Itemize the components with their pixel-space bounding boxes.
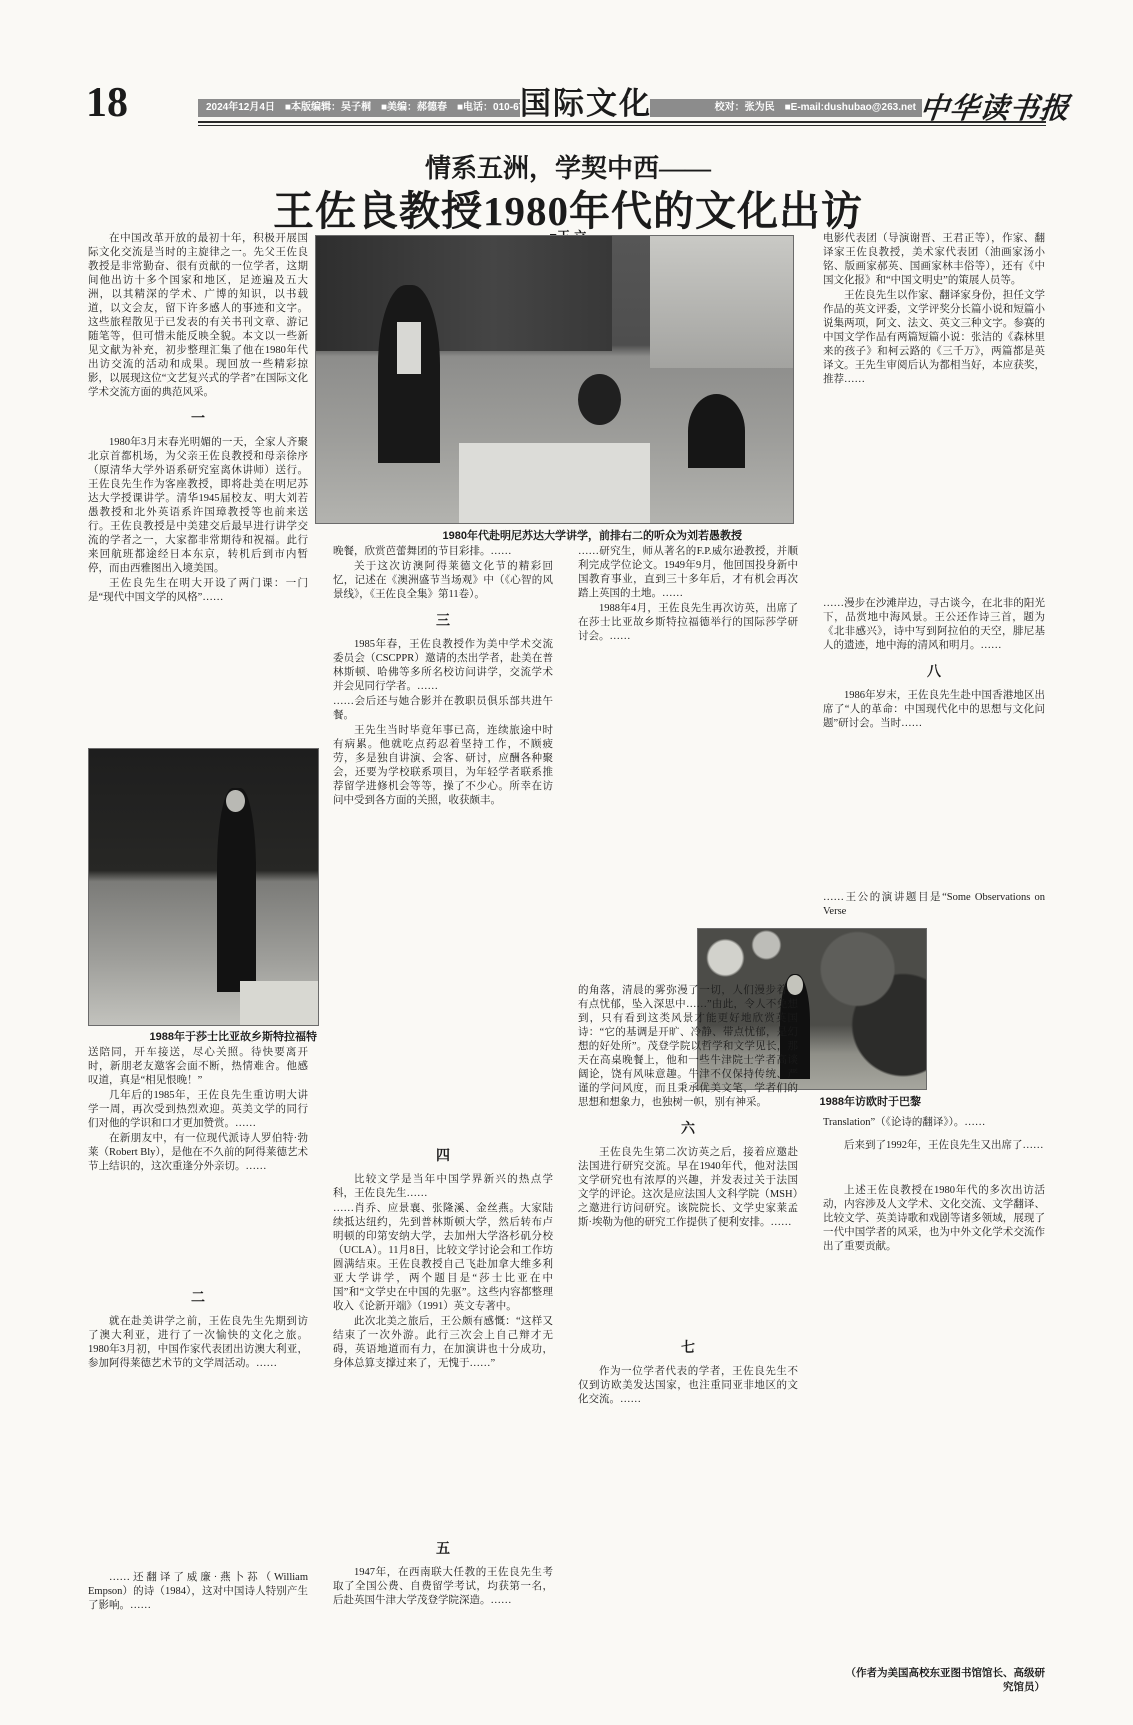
section-marker-1: 一 [88,411,308,425]
contact-info-bar: 校对：张为民 ■E-mail:dushubao@263.net [650,99,922,117]
paragraph: 比较文学是当年中国学界新兴的热点学科，王佐良先生…… [333,1173,553,1201]
paragraph: 关于这次访澳阿得莱德文化节的精彩回忆，记述在《澳洲盛节当场观》中（《心智的风景线… [333,560,553,602]
column-3: ……研究生，师从著名的F.P.威尔逊教授，并顺利完成学位论文。1949年9月，他… [578,545,798,1695]
student-silhouette [578,374,621,426]
paragraph: ……还翻译了威廉·燕卜荪（William Empson）的诗（1984），这对中… [88,1571,308,1613]
paragraph: 王佐良先生第二次访英之后，接着应邀赴法国进行研究交流。早在1940年代，他对法国… [578,1146,798,1230]
section-marker-3: 三 [333,613,553,627]
paragraph: 1980年3月末春光明媚的一天，全家人齐聚北京首都机场，为父亲王佐良教授和母亲徐… [88,436,308,576]
header-rule-thin [198,125,1046,126]
paragraph: 送陪同，开车接送，尽心关照。待快要离开时，新朋老友邀客会面不断，热情难舍。他感叹… [88,1046,308,1088]
section-marker-6: 六 [578,1121,798,1135]
paragraph: 1985年春，王佐良教授作为美中学术交流委员会（CSCPPR）邀请的杰出学者，赴… [333,638,553,694]
paragraph: 后来到了1992年，王佐良先生又出席了…… [823,1139,1045,1153]
paragraph: 在中国改革开放的最初十年，积极开展国际文化交流是当时的主旋律之一。先父王佐良教授… [88,232,308,400]
column-2: 晚餐，欣赏芭蕾舞团的节目彩排。…… 关于这次访澳阿得莱德文化节的精彩回忆，记述在… [333,545,553,1695]
student-silhouette [688,394,745,469]
paragraph: 王佐良先生在明大开设了两门课：一门是“现代中国文学的风格”…… [88,577,308,605]
paragraph: 1988年4月，王佐良先生再次访英，出席了在莎士比亚故乡斯特拉福德举行的国际莎学… [578,602,798,644]
paragraph: 作为一位学者代表的学者，王佐良先生不仅到访欧美发达国家，也注重同亚非地区的文化交… [578,1365,798,1407]
lecturer-shirt-shape [397,322,421,374]
edition-info-bar: 2024年12月4日 ■本版编辑：吴子桐 ■美编：郝德春 ■电话：010-670… [198,99,526,117]
column-1-lower: 送陪同，开车接送，尽心关照。待快要离开时，新朋老友邀客会面不断，热情难舍。他感叹… [88,1046,308,1696]
paragraph: 1947年，在西南联大任教的王佐良先生考取了全国公费、自费留学考试，均获第一名，… [333,1566,553,1608]
photo-stratford [88,748,319,1026]
riverbank-shape [240,981,318,1025]
paragraph: ……王公的演讲题目是“Some Observations on Verse [823,891,1045,919]
man-silhouette [217,788,256,992]
column-4-upper: 电影代表团（导演谢晋、王君正等），作家、翻译家王佐良教授，美术家代表团（油画家汤… [823,232,1045,926]
column-1-upper: 在中国改革开放的最初十年，积极开展国际文化交流是当时的主旋律之一。先父王佐良教授… [88,232,308,744]
paragraph: Translation”（《论诗的翻译》）。…… [823,1116,1045,1130]
paragraph: 晚餐，欣赏芭蕾舞团的节目彩排。…… [333,545,553,559]
author-affiliation-note: （作者为美国高校东亚图书馆馆长、高级研究馆员） [823,1667,1045,1695]
photo-caption-stratford: 1988年于莎士比亚故乡斯特拉福特 [88,1028,317,1044]
paragraph: 王佐良先生以作家、翻译家身份，担任文学作品的英文评委，文学评奖分长篇小说和短篇小… [823,289,1045,387]
paragraph: 就在赴美讲学之前，王佐良先生先期到访了澳大利亚，进行了一次愉快的文化之旅。198… [88,1315,308,1371]
photo-minnesota-lecture [315,235,794,524]
man-face-shape [226,790,244,812]
photo-caption-minnesota: 1980年代赴明尼苏达大学讲学，前排右二的听众为刘若愚教授 [315,527,792,543]
paragraph: 上述王佐良教授在1980年代的多次出访活动，内容涉及人文学术、文化交流、文学翻译… [823,1184,1045,1254]
section-marker-8: 八 [823,664,1045,678]
paragraph: 此次北美之旅后，王公颇有感慨：“这样又结束了一次外游。此行三次会上自己辩才无碍，… [333,1315,553,1371]
page-number: 18 [86,82,128,124]
paragraph: 的角落，清晨的雾弥漫了一切，人们漫步着，有点忧郁，坠入深思中……”由此，令人不免… [578,984,798,1110]
paragraph: 几年后的1985年，王佐良先生重访明大讲学一周，再次受到热烈欢迎。英美文学的同行… [88,1089,308,1131]
blackboard-shape [316,236,612,351]
newspaper-page: 18 2024年12月4日 ■本版编辑：吴子桐 ■美编：郝德春 ■电话：010-… [0,0,1133,1725]
paragraph: ……研究生，师从著名的F.P.威尔逊教授，并顺利完成学位论文。1949年9月，他… [578,545,798,601]
section-marker-7: 七 [578,1340,798,1354]
header-rule-thick [198,121,1046,123]
section-marker-4: 四 [333,1148,553,1162]
paragraph: ……肖乔、应景襄、张隆溪、金丝燕。大家陆续抵达纽约，先到普林斯顿大学，然后转布卢… [333,1202,553,1314]
lecturer-silhouette [378,285,440,463]
paragraph: 王先生当时毕竟年事已高，连续旅途中时有病累。他就吃点药忍着坚持工作，不顾疲劳，多… [333,724,553,808]
column-4-lower: Translation”（《论诗的翻译》）。…… 后来到了1992年，王佐良先生… [823,1116,1045,1696]
paragraph: 1986年岁末，王佐良先生赴中国香港地区出席了“人的革命：中国现代化中的思想与文… [823,689,1045,731]
section-marker-2: 二 [88,1290,308,1304]
paragraph: 电影代表团（导演谢晋、王君正等），作家、翻译家王佐良教授，美术家代表团（油画家汤… [823,232,1045,288]
window-shape [650,236,793,368]
section-marker-5: 五 [333,1541,553,1555]
section-title: 国际文化 [520,84,652,124]
paragraph: ……漫步在沙滩岸边，寻古谈今，在北非的阳光下，品赏地中海风景。王公还作诗三首，题… [823,597,1045,653]
paragraph: 在新朋友中，有一位现代派诗人罗伯特·勃莱（Robert Bly），是他在不久前的… [88,1132,308,1174]
paragraph: ……会后还与她合影并在教职员俱乐部共进午餐。 [333,695,553,723]
desk-shape [459,443,650,523]
